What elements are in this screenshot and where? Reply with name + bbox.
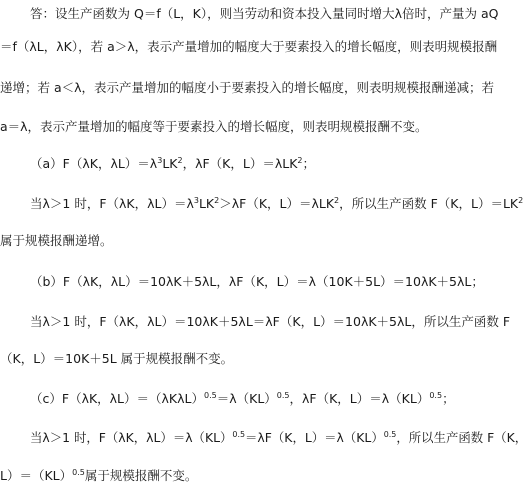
text: ＞λF（K，L）＝λLK (219, 196, 334, 211)
text: ＝λ（KL） (217, 391, 277, 406)
text: ，λF（K，L）＝λ（KL） (290, 391, 430, 406)
part-a-line-3: 属于规模报酬递增。 (0, 233, 113, 249)
superscript: 2 (518, 196, 523, 205)
text: ，所以生产函数 F（K，L）＝LK (339, 196, 518, 211)
part-a-line-1: （a）F（λK，λL）＝λ3LK2，λF（K，L）＝λLK2； (30, 156, 315, 172)
intro-line-1: 答：设生产函数为 Q＝f（L，K），则当劳动和资本投入量同时增大λ倍时，产量为 … (30, 6, 499, 22)
text: ； (442, 391, 455, 406)
intro-line-3: 递增；若 a＜λ，表示产量增加的幅度小于要素投入的增长幅度，则表明规模报酬递减；… (0, 80, 494, 96)
part-c-line-3: L）＝（KL）0.5属于规模报酬不变。 (0, 468, 197, 484)
text: （c）F（λK，λL）＝（λKλL） (30, 391, 204, 406)
text: L）＝（KL） (0, 468, 72, 483)
text: （a）F（λK，λL）＝λ (30, 156, 157, 171)
text: ； (302, 156, 315, 171)
text: LK (199, 196, 214, 211)
superscript: 0.5 (429, 391, 442, 400)
part-a-line-2: 当λ＞1 时，F（λK，λL）＝λ3LK2＞λF（K，L）＝λLK2，所以生产函… (30, 196, 523, 212)
text: 属于规模报酬不变。 (85, 468, 198, 483)
text: ，所以生产函数 F（K， (396, 430, 527, 445)
intro-line-4: a＝λ，表示产量增加的幅度等于要素投入的增长幅度，则表明规模报酬不变。 (0, 119, 428, 135)
part-c-line-1: （c）F（λK，λL）＝（λKλL）0.5＝λ（KL）0.5，λF（K，L）＝λ… (30, 391, 455, 407)
superscript: 0.5 (384, 430, 397, 439)
text: LK (162, 156, 177, 171)
part-b-line-3: （K，L）＝10K＋5L 属于规模报酬不变。 (0, 351, 233, 367)
superscript: 0.5 (277, 391, 290, 400)
part-c-line-2: 当λ＞1 时，F（λK，λL）＝λ（KL）0.5＝λF（K，L）＝λ（KL）0.… (30, 430, 527, 446)
text: 当λ＞1 时，F（λK，λL）＝λ (30, 196, 194, 211)
part-b-line-2: 当λ＞1 时，F（λK，λL）＝10λK＋5λL＝λF（K，L）＝10λK＋5λ… (30, 314, 510, 330)
answer-document: 答：设生产函数为 Q＝f（L，K），则当劳动和资本投入量同时增大λ倍时，产量为 … (0, 0, 529, 486)
superscript: 0.5 (232, 430, 245, 439)
intro-line-2: ＝f（λL，λK），若 a＞λ，表示产量增加的幅度大于要素投入的增长幅度，则表明… (0, 39, 497, 55)
text: ，λF（K，L）＝λLK (183, 156, 298, 171)
text: 当λ＞1 时，F（λK，λL）＝λ（KL） (30, 430, 232, 445)
part-b-line-1: （b）F（λK，λL）＝10λK＋5λL，λF（K，L）＝λ（10K＋5L）＝1… (30, 274, 484, 290)
superscript: 0.5 (204, 391, 217, 400)
text: ＝λF（K，L）＝λ（KL） (245, 430, 384, 445)
superscript: 0.5 (72, 468, 85, 477)
